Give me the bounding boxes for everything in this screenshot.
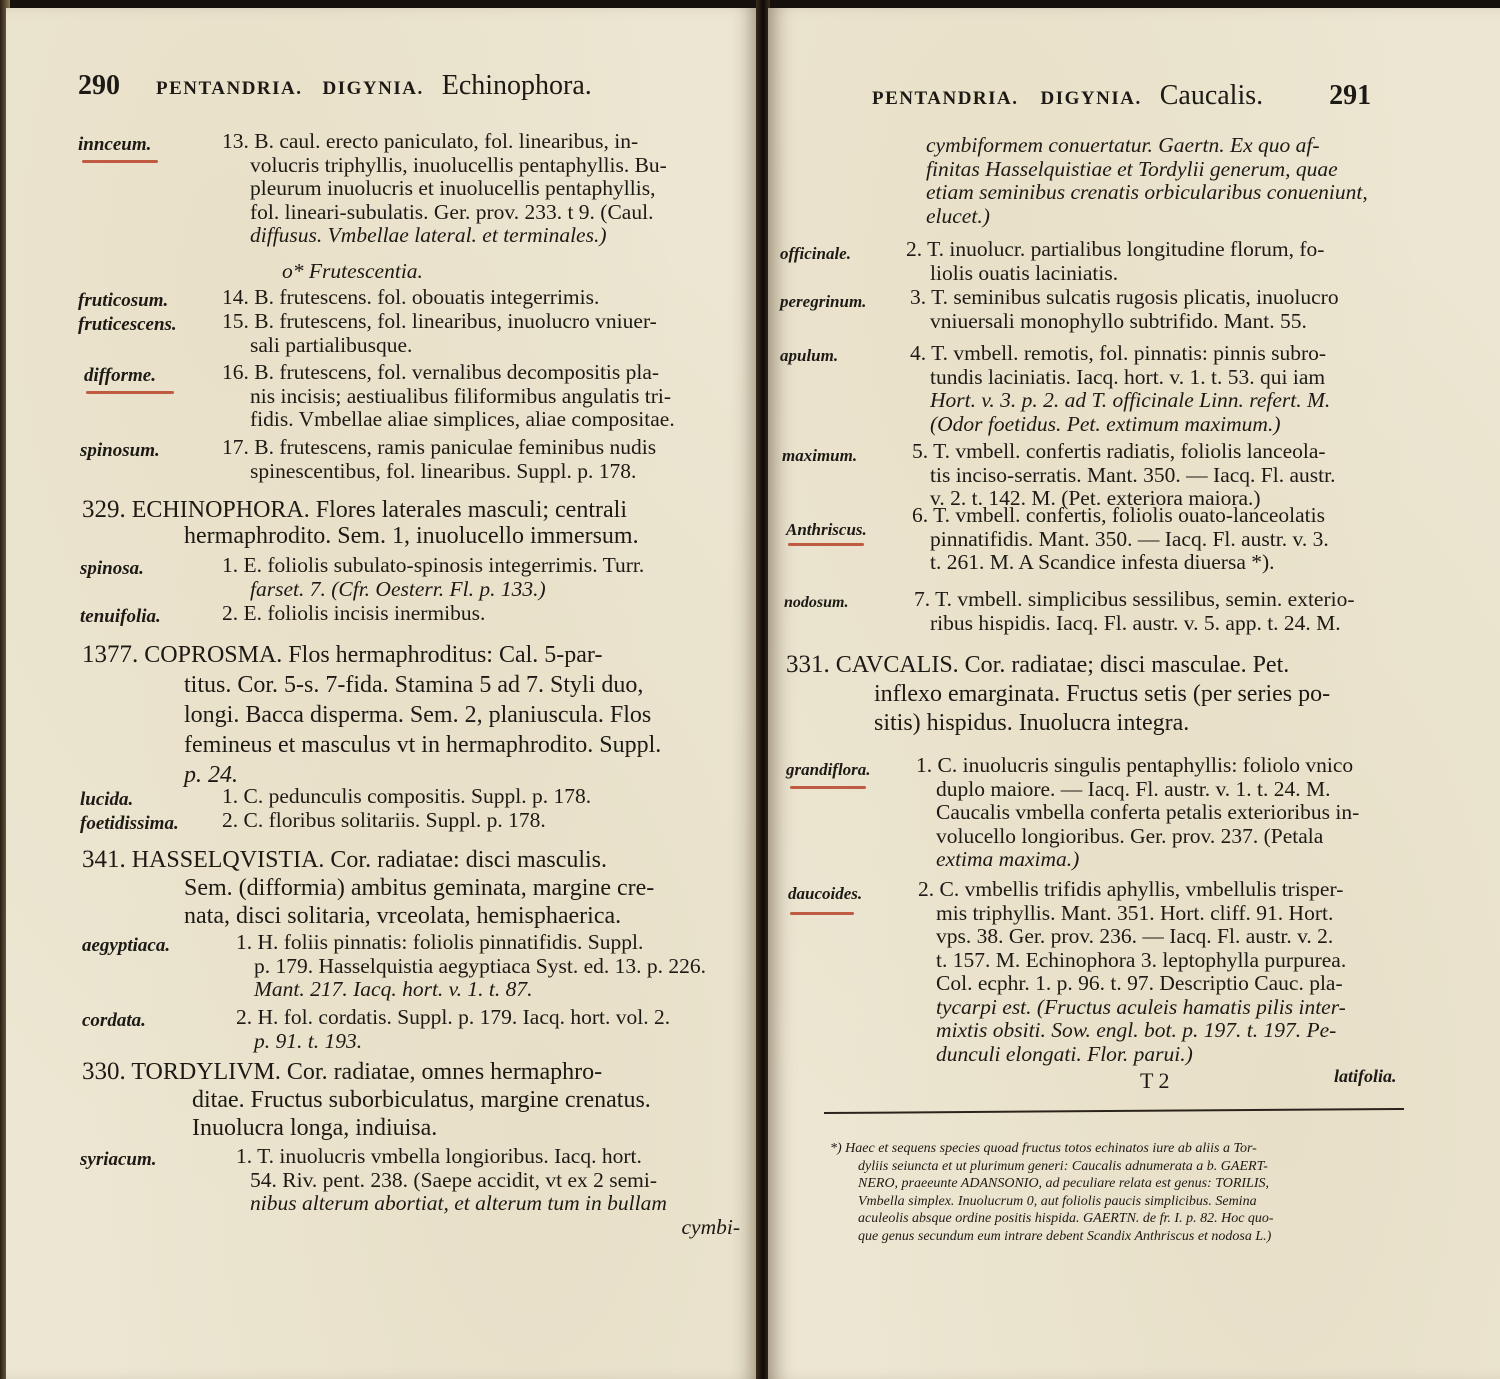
- red-underline: [790, 786, 866, 789]
- red-underline: [82, 160, 158, 163]
- book-spread: 290 PENTANDRIA. DIGYNIA. Echinophora. in…: [0, 0, 1500, 1379]
- entry-17: 17. B. frutescens, ramis paniculae femin…: [222, 436, 656, 483]
- species-label: aegyptiaca.: [82, 935, 170, 957]
- continuation-text: cymbiformem conuertatur. Gaertn. Ex quo …: [926, 134, 1368, 228]
- species-label: daucoides.: [788, 884, 862, 904]
- genus-heading-tordylium: 330. TORDYLIVM. Cor. radiatae, omnes her…: [82, 1058, 651, 1142]
- running-head-genus: Caucalis.: [1160, 80, 1263, 112]
- right-running-head: PENTANDRIA. DIGYNIA. Caucalis. 291: [872, 80, 1371, 112]
- species-label: foetidissima.: [80, 813, 179, 835]
- page-number-right: 291: [1329, 80, 1371, 112]
- signature-mark: T 2: [1140, 1068, 1170, 1094]
- species-label: spinosa.: [80, 558, 144, 580]
- species-entry: 1. T. inuolucris vmbella longioribus. Ia…: [236, 1145, 740, 1239]
- species-entry: 1. C. inuolucris singulis pentaphyllis: …: [916, 754, 1359, 872]
- species-label: cordata.: [82, 1010, 146, 1032]
- running-head-class: PENTANDRIA.: [156, 78, 303, 100]
- species-label: apulum.: [780, 346, 838, 366]
- species-label: nodosum.: [784, 594, 848, 612]
- entry-15: 15. B. frutescens, fol. linearibus, inuo…: [222, 310, 657, 357]
- species-label: syriacum.: [80, 1149, 157, 1171]
- species-entry: 2. C. floribus solitariis. Suppl. p. 178…: [222, 809, 546, 833]
- running-head-order: DIGYNIA.: [1041, 88, 1142, 110]
- species-label: Anthriscus.: [786, 520, 867, 540]
- species-label: spinosum.: [80, 440, 160, 462]
- species-entry: 1. H. foliis pinnatis: foliolis pinnatif…: [236, 931, 706, 1002]
- species-entry: 7. T. vmbell. simplicibus sessilibus, se…: [914, 588, 1355, 635]
- species-entry: 2. E. foliolis incisis inermibus.: [222, 602, 485, 626]
- species-entry: 3. T. seminibus sulcatis rugosis plicati…: [910, 286, 1339, 333]
- species-label: tenuifolia.: [80, 606, 161, 628]
- species-label: peregrinum.: [780, 292, 866, 312]
- species-entry: 2. H. fol. cordatis. Suppl. p. 179. Iacq…: [236, 1006, 670, 1053]
- species-label: fruticescens.: [78, 314, 177, 336]
- catchword: latifolia.: [1334, 1066, 1397, 1087]
- genus-heading-coprosma: 1377. COPROSMA. Flos hermaphroditus: Cal…: [82, 640, 661, 790]
- red-underline: [788, 543, 864, 546]
- species-entry: 1. C. pedunculis compositis. Suppl. p. 1…: [222, 785, 591, 809]
- genus-heading-caucalis: 331. CAVCALIS. Cor. radiatae; disci masc…: [786, 650, 1330, 738]
- species-entry: 5. T. vmbell. confertis radiatis, foliol…: [912, 440, 1335, 511]
- species-label: officinale.: [780, 244, 851, 264]
- species-entry: 6. T. vmbell. confertis, foliolis ouato-…: [912, 504, 1329, 575]
- entry-13: 13. B. caul. erecto paniculato, fol. lin…: [222, 130, 667, 248]
- species-entry: 4. T. vmbell. remotis, fol. pinnatis: pi…: [910, 342, 1330, 436]
- entry-16: 16. B. frutescens, fol. vernalibus decom…: [222, 361, 675, 432]
- species-label: innceum.: [78, 134, 151, 156]
- footnote: *) Haec et sequens species quoad fructus…: [830, 1140, 1274, 1245]
- red-underline: [86, 391, 174, 394]
- species-label: lucida.: [80, 789, 133, 811]
- genus-heading-echinophora: 329. ECHINOPHORA. Flores laterales mascu…: [82, 497, 639, 549]
- species-entry: 2. T. inuolucr. partialibus longitudine …: [906, 238, 1324, 285]
- genus-heading-hasselquistia: 341. HASSELQVISTIA. Cor. radiatae: disci…: [82, 846, 654, 930]
- running-head-order: DIGYNIA.: [323, 78, 424, 100]
- page-number-left: 290: [78, 70, 120, 102]
- running-head-genus: Echinophora.: [442, 70, 592, 102]
- red-underline: [790, 912, 854, 915]
- section-heading: o* Frutescentia.: [282, 260, 423, 284]
- species-label: grandiflora.: [786, 760, 871, 780]
- species-entry: 1. E. foliolis subulato-spinosis integer…: [222, 554, 644, 601]
- species-entry: 2. C. vmbellis trifidis aphyllis, vmbell…: [918, 878, 1346, 1066]
- species-label: difforme.: [84, 365, 156, 387]
- running-head-class: PENTANDRIA.: [872, 88, 1019, 110]
- species-label: fruticosum.: [78, 290, 168, 312]
- left-running-head: 290 PENTANDRIA. DIGYNIA. Echinophora.: [78, 70, 592, 102]
- species-label: maximum.: [782, 446, 857, 466]
- entry-14: 14. B. frutescens. fol. obouatis integer…: [222, 286, 599, 310]
